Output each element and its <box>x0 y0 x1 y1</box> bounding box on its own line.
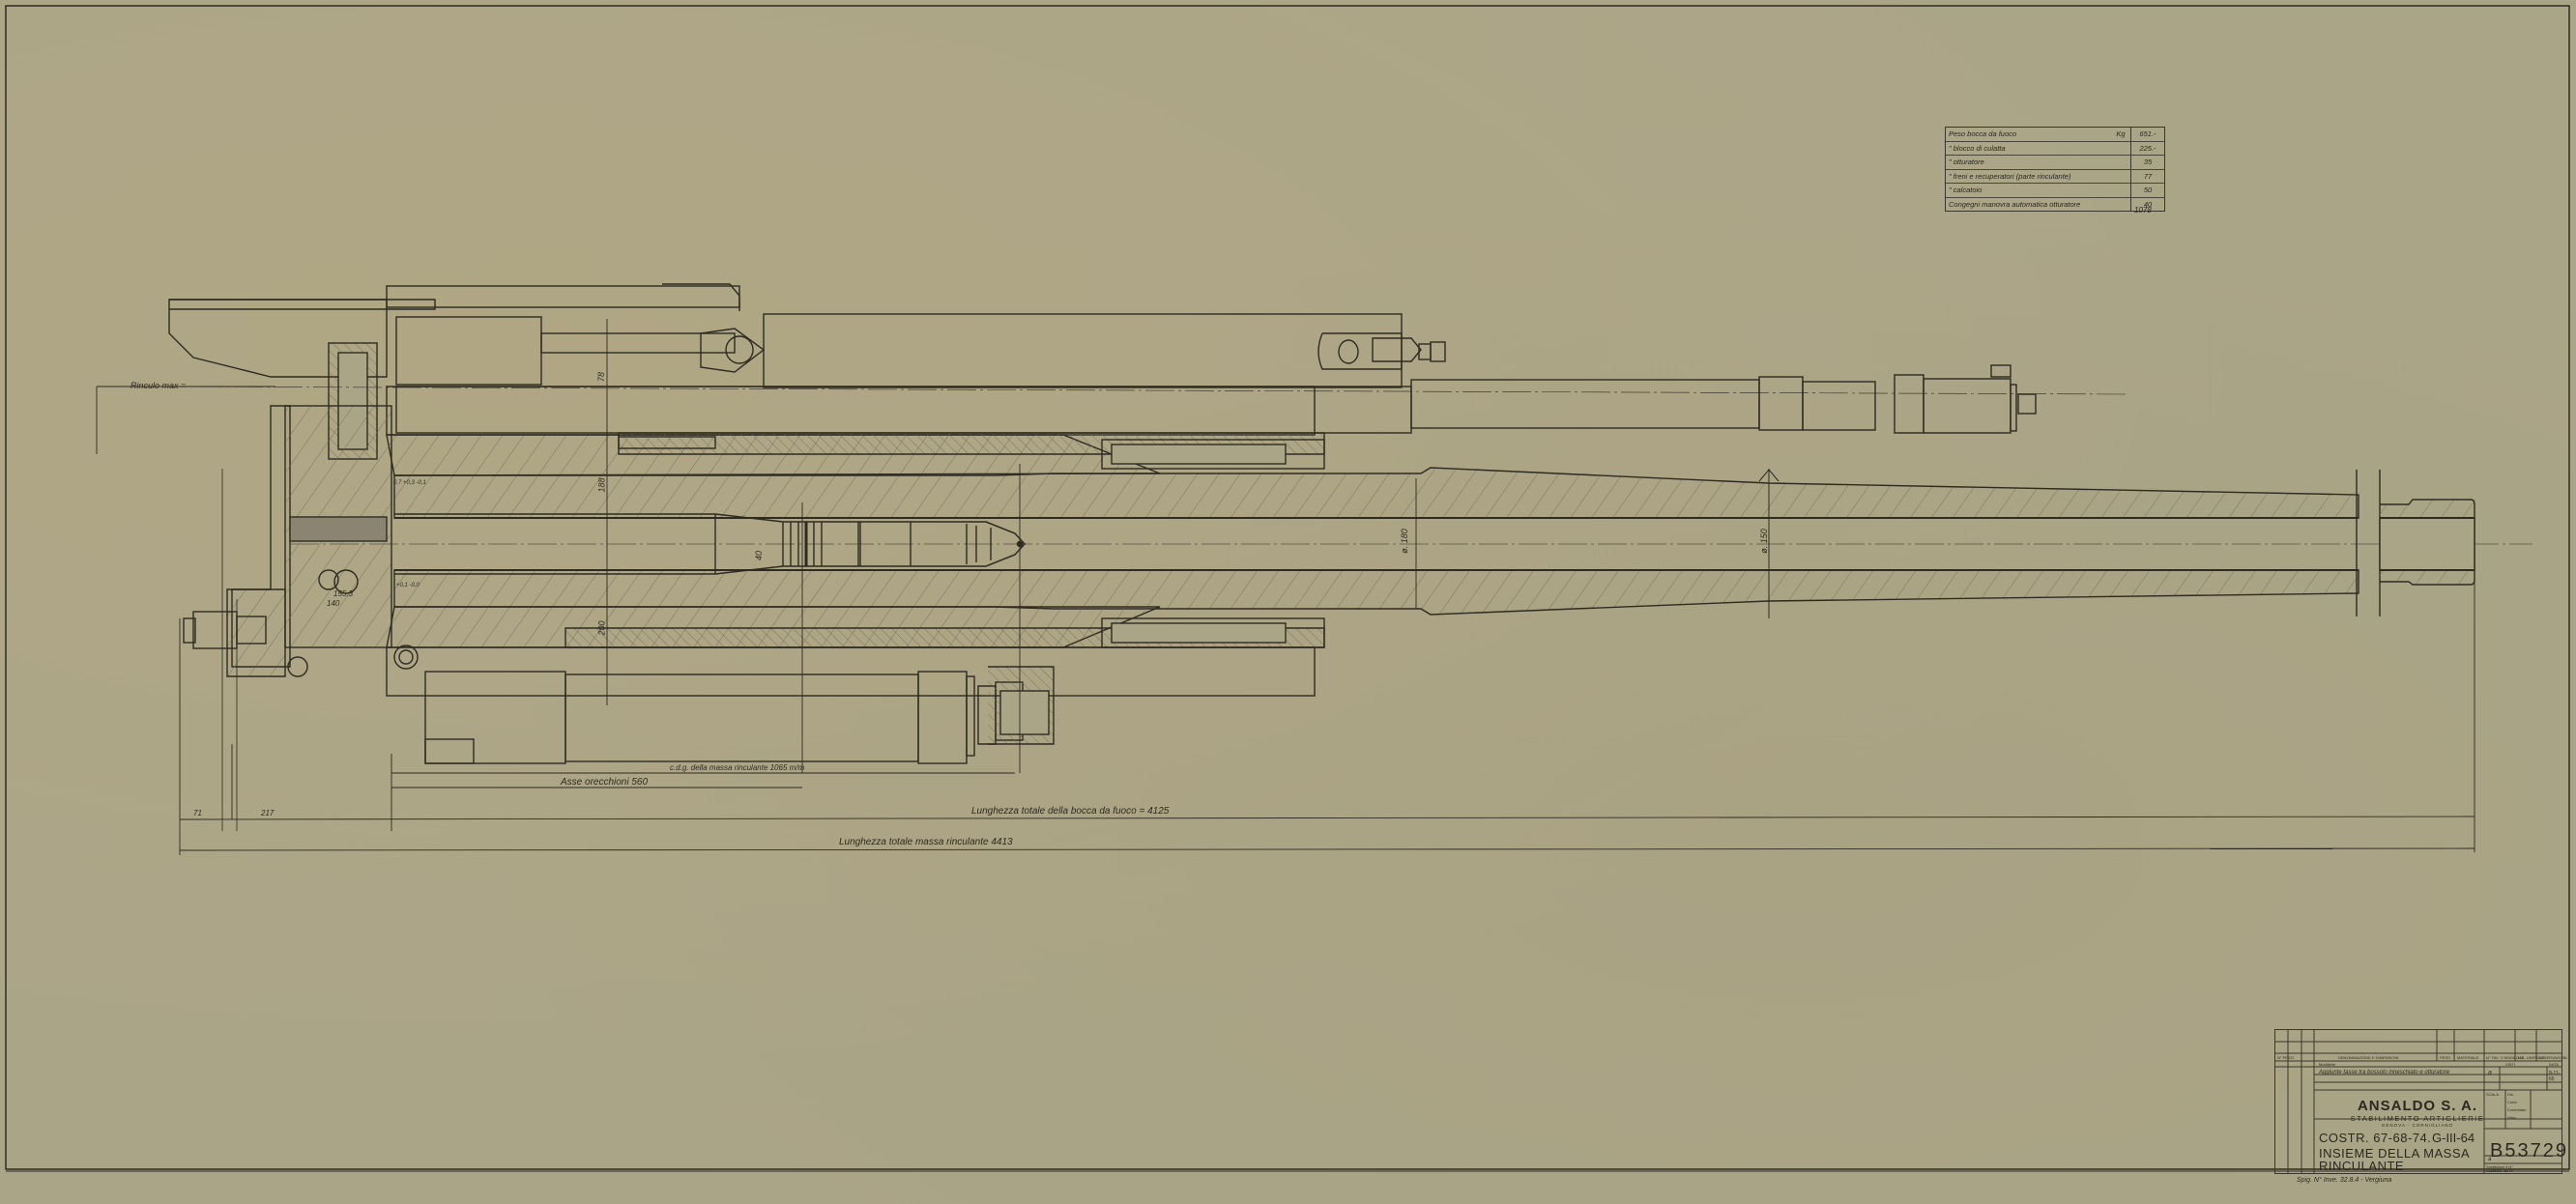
firm-name: ANSALDO S. A. <box>2345 1098 2490 1114</box>
firm-division: STABILIMENTO ARTIGLIERIE <box>2345 1114 2490 1123</box>
modification-index: a <box>2488 1070 2492 1076</box>
recuperator-upper <box>155 314 2127 433</box>
dim-rinculo: Rinculo max = <box>130 381 186 390</box>
weights-table: Peso bocca da fuocoKg651.- " blocco di c… <box>1945 127 2165 212</box>
dim-78: 78 <box>596 372 606 382</box>
dim-217: 217 <box>261 809 274 817</box>
dim-tolerance-bottom: +0,1 -0,0 <box>396 583 420 588</box>
weights-total: 1078 <box>2134 206 2152 215</box>
dim-200: 200 <box>597 620 607 635</box>
header-n-pezzi: N° PEZZI <box>2277 1055 2294 1060</box>
approval-controllato: Controllato <box>2507 1107 2526 1112</box>
visti-label: VISTI <box>2505 1062 2515 1067</box>
firm-block: ANSALDO S. A. STABILIMENTO ARTIGLIERIE G… <box>2345 1098 2490 1128</box>
data-label: DATA <box>2549 1062 2559 1067</box>
drawing-date: G-III-64 <box>2432 1131 2475 1145</box>
drawing-title: INSIEME DELLA MASSA RINCULANTE <box>2319 1147 2470 1172</box>
dim-diameter-180: ø. 180 <box>1400 529 1409 554</box>
modification-date: 8-11-65 <box>2549 1071 2562 1082</box>
weights-row: " freni e recuperatori (parte rinculante… <box>1946 170 2164 185</box>
construction-code: COSTR. 67-68-74. <box>2319 1131 2431 1145</box>
title-block: N° PEZZI DENOMINAZIONE E DIMENSIONI PESO… <box>2274 1029 2562 1174</box>
scala-label: SCALA <box>2486 1092 2499 1097</box>
dim-center-of-gravity: c.d.g. della massa rinculante 1065 m/m <box>670 763 804 772</box>
weights-row: Peso bocca da fuocoKg651.- <box>1946 128 2164 142</box>
approval-contr: Contr. <box>2507 1100 2518 1104</box>
header-peso: PESO <box>2440 1055 2450 1060</box>
header-osservazioni: OSSERVAZIONI <box>2538 1055 2567 1060</box>
breech-mechanism <box>169 284 739 831</box>
dim-recoil-mass-length: Lunghezza totale massa rinculante 4413 <box>839 837 1013 847</box>
weights-row: " otturatore35 <box>1946 156 2164 170</box>
weights-row: " calcatoio50 <box>1946 184 2164 198</box>
dim-tolerance-top: 0,7 +0,3 -0,1 <box>393 480 426 486</box>
drawing-number: B53729 <box>2490 1140 2568 1162</box>
dim-71: 71 <box>193 809 202 817</box>
approval-visto: Visto <box>2507 1115 2516 1120</box>
revision-letter: a <box>2488 1157 2491 1162</box>
modifiche-label: Modifiche <box>2319 1062 2335 1067</box>
modification-note: Aggiunte tasse tra bossolo inneschiato e… <box>2319 1070 2449 1075</box>
upper-rod <box>1411 365 2036 433</box>
dim-188: 188 <box>597 477 607 492</box>
header-denominazione: DENOMINAZIONE E DIMENSIONI <box>2338 1055 2398 1060</box>
approval-dis: Dis. <box>2507 1092 2514 1097</box>
technical-drawing <box>0 0 2576 1204</box>
dim-40: 40 <box>754 551 764 560</box>
dim-diameter-150: ø. 150 <box>1759 529 1769 554</box>
weights-row: " blocco di culatta225.- <box>1946 142 2164 157</box>
dim-140: 140 <box>327 599 339 608</box>
dim-barrel-length: Lunghezza totale della bocca da fuoco = … <box>971 806 1169 817</box>
header-materiale: MATERIALE <box>2457 1055 2478 1060</box>
handwritten-signature: Spig. N° Inve. 32.8.4 - Vergiuna <box>2297 1177 2391 1184</box>
dim-trunnion-axis: Asse orecchioni 560 <box>561 777 648 788</box>
weights-row: Congegni manovra automatica otturatore40 <box>1946 198 2164 212</box>
dim-155: 155,3 <box>333 589 353 598</box>
firm-city: GENOVA - CORNIGLIANO <box>2345 1123 2490 1128</box>
sostituito-label: Sostituito dal N° <box>2486 1168 2514 1173</box>
